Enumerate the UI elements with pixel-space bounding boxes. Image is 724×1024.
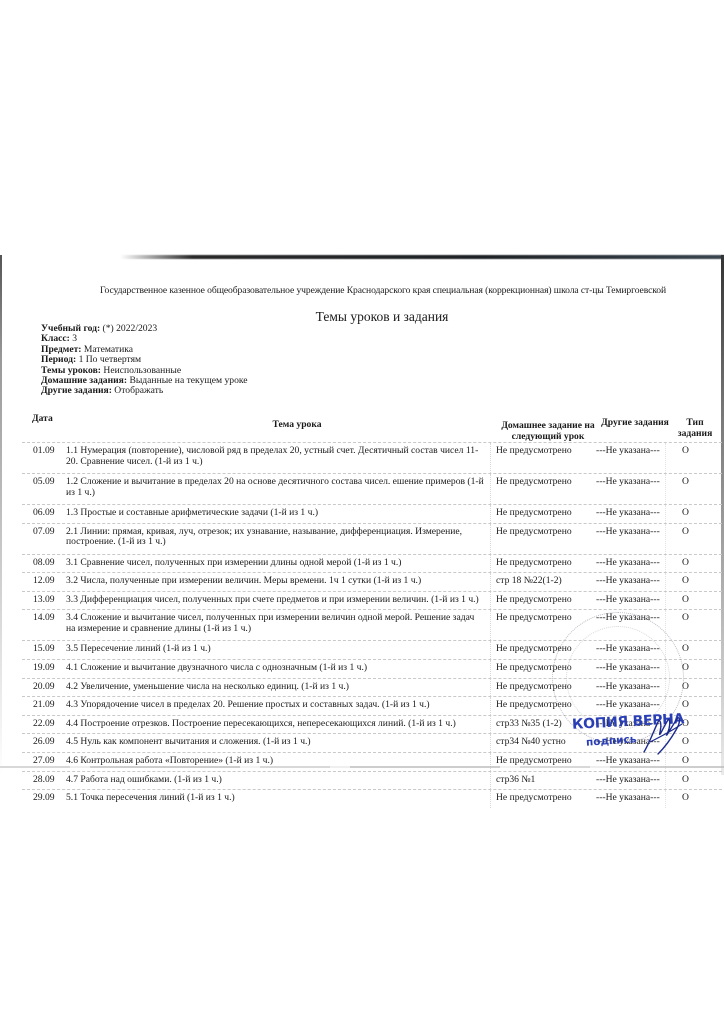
lesson-other-tasks: ---Не указана--- — [596, 477, 660, 488]
lesson-date: 29.09 — [33, 793, 55, 804]
lesson-homework: Не предусмотрено — [496, 508, 572, 519]
lesson-date: 07.09 — [33, 527, 55, 538]
lesson-task-type: О — [682, 775, 689, 786]
lesson-other-tasks: ---Не указана--- — [596, 775, 660, 786]
table-row: 29.095.1 Точка пересечения линий (1-й из… — [22, 789, 722, 808]
lesson-other-tasks: ---Не указана--- — [596, 508, 660, 519]
lesson-topic: 4.1 Сложение и вычитание двузначного чис… — [66, 663, 486, 674]
lesson-other-tasks: ---Не указана--- — [596, 793, 660, 804]
lesson-topic: 4.5 Нуль как компонент вычитания и сложе… — [66, 737, 486, 748]
parameter-label: Учебный год: — [41, 323, 100, 334]
table-row: 05.091.2 Сложение и вычитание в пределах… — [22, 473, 722, 504]
lesson-homework: Не предусмотрено — [496, 613, 572, 624]
lesson-topic: 1.3 Простые и составные арифметические з… — [66, 508, 486, 519]
lesson-homework: Не предусмотрено — [496, 527, 572, 538]
lessons-table: Дата Тема урока Домашнее задание на след… — [22, 414, 722, 808]
lesson-topic: 3.1 Сравнение чисел, полученных при изме… — [66, 558, 486, 569]
parameter-label: Другие задания: — [41, 385, 112, 396]
lesson-topic: 1.1 Нумерация (повторение), числовой ряд… — [66, 446, 486, 467]
lesson-task-type: О — [682, 558, 689, 569]
table-row: 28.094.7 Работа над ошибками. (1-й из 1 … — [22, 771, 722, 790]
lesson-task-type: О — [682, 613, 689, 624]
lesson-topic: 1.2 Сложение и вычитание в пределах 20 н… — [66, 477, 486, 498]
table-header: Дата Тема урока Домашнее задание на след… — [22, 414, 722, 442]
lesson-date: 14.09 — [33, 613, 55, 624]
column-divider — [665, 772, 666, 790]
lesson-homework: стр36 №1 — [496, 775, 535, 786]
lesson-date: 26.09 — [33, 737, 55, 748]
lesson-homework: стр 18 №22(1-2) — [496, 576, 562, 587]
parameter-value: 3 — [72, 333, 77, 344]
table-row: 01.091.1 Нумерация (повторение), числово… — [22, 442, 722, 473]
parameter-value: Неиспользованные — [103, 365, 181, 376]
column-divider — [490, 443, 491, 473]
table-row: 06.091.3 Простые и составные арифметичес… — [22, 504, 722, 523]
lesson-task-type: О — [682, 446, 689, 457]
lesson-topic: 4.7 Работа над ошибками. (1-й из 1 ч.) — [66, 775, 486, 786]
lesson-task-type: О — [682, 644, 689, 655]
column-divider — [665, 555, 666, 573]
lesson-homework: стр33 №35 (1-2) — [496, 719, 562, 730]
column-divider — [490, 641, 491, 659]
lesson-task-type: О — [682, 477, 689, 488]
lesson-topic: 4.2 Увеличение, уменьшение числа на неск… — [66, 682, 486, 693]
lesson-other-tasks: ---Не указана--- — [596, 576, 660, 587]
column-divider — [665, 524, 666, 554]
parameter-value: (*) 2022/2023 — [103, 323, 158, 334]
lesson-date: 15.09 — [33, 644, 55, 655]
lesson-topic: 4.6 Контрольная работа «Повторение» (1-й… — [66, 756, 486, 767]
lesson-homework: Не предусмотрено — [496, 595, 572, 606]
table-row: 12.093.2 Числа, полученные при измерении… — [22, 572, 722, 591]
header-task-type: Тип задания — [670, 418, 720, 439]
lesson-other-tasks: ---Не указана--- — [596, 527, 660, 538]
column-divider — [490, 772, 491, 790]
lesson-date: 12.09 — [33, 576, 55, 587]
column-divider — [490, 734, 491, 752]
lesson-homework: стр34 №40 устно — [496, 737, 566, 748]
lesson-date: 28.09 — [33, 775, 55, 786]
lesson-topic: 3.2 Числа, полученные при измерении вели… — [66, 576, 486, 587]
table-row: 07.092.1 Линии: прямая, кривая, луч, отр… — [22, 523, 722, 554]
parameter-label: Предмет: — [41, 344, 81, 355]
lesson-homework: Не предусмотрено — [496, 446, 572, 457]
column-divider — [665, 592, 666, 610]
organization-name: Государственное казенное общеобразовател… — [0, 285, 724, 296]
column-divider — [490, 610, 491, 640]
parameter-label: Домашние задания: — [41, 375, 127, 386]
column-divider — [490, 474, 491, 504]
scan-top-edge — [120, 255, 724, 259]
lesson-task-type: О — [682, 793, 689, 804]
column-divider — [490, 555, 491, 573]
scan-bottom-edge — [0, 766, 724, 768]
column-divider — [665, 505, 666, 523]
lesson-topic: 4.3 Упорядочение чисел в пределах 20. Ре… — [66, 700, 486, 711]
lesson-homework: Не предусмотрено — [496, 477, 572, 488]
header-homework: Домашнее задание на следующий урок — [492, 421, 604, 442]
parameter-value: Выданные на текущем уроке — [129, 375, 247, 386]
lesson-date: 08.09 — [33, 558, 55, 569]
lesson-date: 13.09 — [33, 595, 55, 606]
parameter-label: Класс: — [41, 333, 70, 344]
lesson-other-tasks: ---Не указана--- — [596, 446, 660, 457]
header-date: Дата — [32, 414, 53, 425]
lesson-task-type: О — [682, 700, 689, 711]
lesson-date: 05.09 — [33, 477, 55, 488]
lesson-topic: 3.4 Сложение и вычитание чисел, полученн… — [66, 613, 486, 634]
lesson-other-tasks: ---Не указана--- — [596, 558, 660, 569]
lesson-date: 21.09 — [33, 700, 55, 711]
lesson-date: 01.09 — [33, 446, 55, 457]
lesson-date: 19.09 — [33, 663, 55, 674]
column-divider — [490, 697, 491, 715]
header-other-tasks: Другие задания — [595, 418, 675, 429]
table-row: 13.093.3 Дифференциация чисел, полученны… — [22, 591, 722, 610]
parameter-value: Математика — [84, 344, 133, 355]
lesson-task-type: О — [682, 508, 689, 519]
lesson-date: 27.09 — [33, 756, 55, 767]
column-divider — [490, 679, 491, 697]
report-parameter: Другие задания: Отображать — [41, 386, 248, 396]
lesson-date: 20.09 — [33, 682, 55, 693]
parameter-value: Отображать — [114, 385, 163, 396]
column-divider — [490, 573, 491, 591]
parameter-label: Период: — [41, 354, 76, 365]
parameter-value: 1 По четвертям — [79, 354, 142, 365]
report-parameters: Учебный год: (*) 2022/2023Класс: 3Предме… — [41, 324, 248, 397]
lesson-date: 06.09 — [33, 508, 55, 519]
column-divider — [490, 716, 491, 734]
column-divider — [490, 505, 491, 523]
column-divider — [665, 443, 666, 473]
column-divider — [490, 524, 491, 554]
column-divider — [665, 573, 666, 591]
lesson-homework: Не предусмотрено — [496, 558, 572, 569]
column-divider — [665, 474, 666, 504]
lesson-topic: 5.1 Точка пересечения линий (1-й из 1 ч.… — [66, 793, 486, 804]
lesson-other-tasks: ---Не указана--- — [596, 595, 660, 606]
table-row: 08.093.1 Сравнение чисел, полученных при… — [22, 554, 722, 573]
lesson-topic: 3.3 Дифференциация чисел, полученных при… — [66, 595, 486, 606]
lesson-topic: 3.5 Пересечение линий (1-й из 1 ч.) — [66, 644, 486, 655]
lesson-topic: 2.1 Линии: прямая, кривая, луч, отрезок;… — [66, 527, 486, 548]
column-divider — [665, 790, 666, 808]
header-topic: Тема урока — [102, 420, 492, 431]
lesson-homework: Не предусмотрено — [496, 756, 572, 767]
column-divider — [490, 660, 491, 678]
lesson-task-type: О — [682, 527, 689, 538]
handwritten-signature-icon — [640, 712, 684, 758]
parameter-label: Темы уроков: — [41, 365, 101, 376]
column-divider — [490, 592, 491, 610]
lesson-date: 22.09 — [33, 719, 55, 730]
lesson-task-type: О — [682, 576, 689, 587]
scan-left-edge — [0, 255, 2, 775]
lesson-topic: 4.4 Построение отрезков. Построение пере… — [66, 719, 486, 730]
lesson-homework: Не предусмотрено — [496, 793, 572, 804]
column-divider — [490, 790, 491, 808]
lesson-task-type: О — [682, 595, 689, 606]
